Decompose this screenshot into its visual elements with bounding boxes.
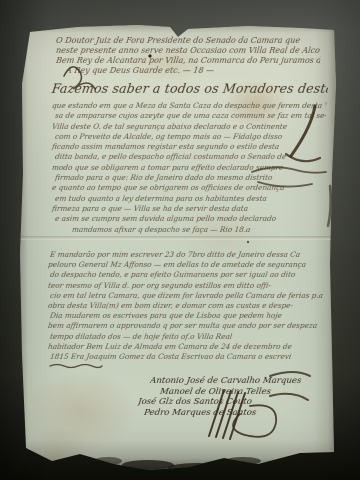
manuscript-line: habitador Bem Luiz de Almada em Camara d…: [47, 342, 328, 352]
manuscript-line: tempo dilatado dos — de hoje feito of.o …: [49, 332, 328, 342]
manuscript-line: firmado para o que: Rio de Janeiro dado …: [54, 173, 326, 183]
manuscript-paper: O Doutor Juiz de Fora Presidente do Sena…: [18, 24, 338, 472]
manuscript-line: ficando assim mandamos registar esta seg…: [51, 142, 326, 152]
manuscript-line: em tudo quanto a ley determina para os h…: [54, 194, 326, 204]
manuscript-line: 1815 Era Joaquim Gomez da Costa Escrivao…: [49, 352, 328, 362]
ink-descender: [328, 186, 331, 226]
ink-dot: [247, 241, 249, 243]
manuscript-line: e asim se cumpra sem duvida alguma pello…: [54, 214, 326, 224]
manuscript-line: teor mesmo of Villa d. por org segundo e…: [47, 281, 328, 291]
closing-paragraph: E mandarão por mim escrever 23 do 7bro d…: [48, 250, 328, 362]
signature-line: Pedro Marques de Santos: [143, 408, 316, 419]
closing-underline: [50, 365, 102, 368]
signature-block: Antonio José de Carvalho MarquesManoel d…: [136, 376, 316, 418]
opening-paragraph: O Doutor Juiz de Fora Presidente do Sena…: [56, 36, 320, 76]
heading-line: Fazemos saber a todos os Moradores desta…: [51, 81, 329, 96]
manuscript-line: sa de ampararse cujos azeyte que de uma …: [54, 111, 326, 121]
manuscript-line: pelouro General Mz Affonso — em dellas t…: [47, 260, 328, 270]
signature-line: Manoel de Oliveira Telles: [159, 387, 316, 398]
manuscript-line: O Doutor Juiz de Fora Presidente do Sena…: [55, 36, 320, 46]
fold-crease: [18, 236, 338, 240]
manuscript-line: bem affirmarem o approvando q por ser mu…: [47, 321, 328, 331]
manuscript-line: com o Preveito de Alcalde, og tempo mais…: [54, 132, 326, 142]
photo-background: O Doutor Juiz de Fora Presidente do Sena…: [0, 0, 360, 480]
manuscript-line: que estando em que a Meza da Santa Caza …: [51, 101, 326, 111]
manuscript-line: E mandarão por mim escrever 23 do 7bro d…: [49, 250, 328, 260]
manuscript-line: Villa deste O. de tal segurança abaixo d…: [51, 122, 326, 132]
manuscript-line: mandamos afixar q despacho se faça — Rio…: [71, 225, 253, 235]
manuscript-line: A Rey que Deus Guarde etc. — 18 —: [65, 66, 230, 76]
manuscript-line: Dia mudarem os escrivaes para que de Lis…: [49, 311, 328, 321]
body-paragraph: que estando em que a Meza da Santa Caza …: [52, 101, 326, 235]
manuscript-line: ditta banda, e pello despacho official c…: [54, 152, 326, 162]
signature-line: José Glz dos Santos Couto: [137, 397, 316, 408]
manuscript-line: e quanto ao tempo que se obrigarem os of…: [51, 183, 326, 193]
manuscript-line: cio em tal letra Camara, que dizem for l…: [49, 291, 328, 301]
manuscript-line: firmeza para o que — Villa se ha de serv…: [51, 204, 326, 214]
manuscript-line: Bem Rey de Alcantara por Villa, na Comma…: [55, 56, 320, 66]
manuscript-line: neste presente anno serve nesta Occasiao…: [55, 46, 320, 56]
manuscript-line: obra desta Villa(m) em bom dizer, e doma…: [47, 301, 328, 311]
manuscript-line: modo que se obligarem a tomar para effei…: [51, 163, 326, 173]
signature-line: Antonio José de Carvalho Marques: [149, 376, 316, 387]
manuscript-line: do despacho tendo, e para efeito Guimara…: [49, 270, 328, 280]
